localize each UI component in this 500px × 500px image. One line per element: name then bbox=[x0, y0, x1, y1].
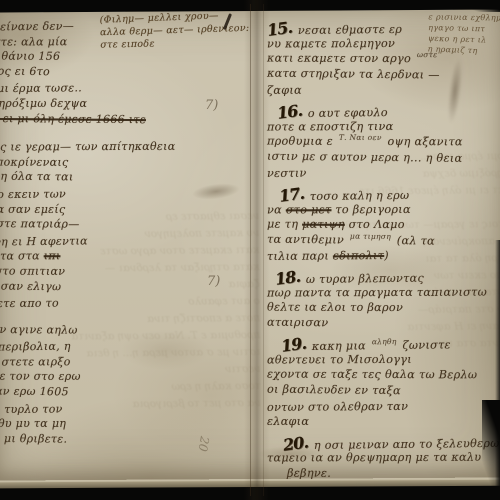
section-number: 17. bbox=[278, 186, 305, 204]
manuscript-line: 17.τοσο καλη η ερω bbox=[279, 185, 500, 203]
manuscript-line: νεστιν bbox=[267, 164, 500, 181]
right-page-margin-note: ε ρισινια εχθλημαηγαγο τω ιπτψεκο η ρετ … bbox=[427, 12, 500, 58]
photo-corner-shadow bbox=[454, 0, 500, 12]
struck-out-words: ματιψη bbox=[302, 218, 345, 231]
struck-out-words: εδιπολιτ bbox=[333, 249, 384, 262]
manuscript-line: αταιρισαν bbox=[267, 314, 500, 332]
manuscript-line: η στο σπιτιαν bbox=[0, 263, 270, 280]
margin-flourish-mark: 7) bbox=[205, 98, 218, 113]
manuscript-line: ποτε α εποστιζη τινα bbox=[267, 118, 500, 135]
section-number: 19. bbox=[280, 336, 307, 354]
manuscript-line: 19.κακη μια αληθη ζωνιστε bbox=[281, 335, 500, 353]
struck-out-words: ιπι bbox=[44, 250, 61, 263]
manuscript-line: να στο μετ το βεριγορια bbox=[267, 201, 500, 218]
interlinear-insertion: αληθη bbox=[372, 337, 397, 346]
struck-out-words: στο μετ bbox=[286, 203, 332, 216]
section-number: 16. bbox=[276, 103, 303, 121]
right-page-text-block: 15.νεσαι εθμαστε ερνυ καμετε πολεμηγονκα… bbox=[267, 15, 500, 482]
manuscript-line: πωρ παντα τα πραγματα ταπιανιστω bbox=[267, 284, 500, 301]
manuscript-line: απο εκειν των bbox=[0, 185, 270, 203]
manuscript-line: προθυμια ε Τ. Ναι οεν οψη αξανιτα bbox=[267, 134, 500, 151]
manuscript-line: ετ εμείνανε δεν— bbox=[0, 16, 270, 35]
section-number: 15. bbox=[266, 20, 293, 38]
manuscript-line: σομ θυ μυ τα μη bbox=[0, 416, 270, 432]
manuscript-line: οι βασιλευδεν εν ταξα bbox=[267, 382, 500, 400]
manuscript-line: σον στετε αιρξο bbox=[0, 353, 270, 370]
interlinear-insertion: Τ. Ναι οεν bbox=[339, 133, 382, 142]
manuscript-line: αθεντευει το Μισολογγι bbox=[267, 351, 500, 368]
manuscript-line: ζαφια bbox=[267, 81, 500, 98]
manuscript-line: 16.ο αυτ εφαυλο bbox=[277, 102, 500, 120]
manuscript-line bbox=[0, 311, 270, 323]
manuscript-line: θελτε ια ελοι το βαρον bbox=[267, 300, 500, 317]
manuscript-line: νετε απο το bbox=[0, 294, 270, 312]
manuscript-line: ετις θάνιο 156 bbox=[0, 49, 270, 66]
struck-out-words: τετ ει μι όλη έμεσε 1666 ιτε bbox=[0, 111, 146, 125]
faint-page-number: 20 bbox=[195, 435, 211, 452]
left-page-text-block: ετ εμείνανε δεν—νοι ττε: αλα μίαετις θάν… bbox=[0, 18, 270, 447]
manuscript-line: τιλια παρι εδιπολιτ) bbox=[267, 247, 500, 264]
manuscript-line: ταμειο ια αν θρεψημαρη με τα καλυ bbox=[267, 450, 500, 467]
manuscript-line: γεντα στα ιπι bbox=[0, 248, 270, 265]
manuscript-line: 18.ω τυραν βλεπωντας bbox=[275, 268, 500, 286]
manuscript-line: ερμι έρμα τωσε.. bbox=[0, 79, 270, 97]
manuscript-line: ελαφια bbox=[267, 414, 500, 430]
manuscript-photo: νεσαι εθμαστε ερνυ καμετε πολεμηγονκατι … bbox=[0, 0, 500, 500]
manuscript-line: οντων στο ολεθραν ταν bbox=[267, 398, 500, 415]
manuscript-line: ετοις ιε γεραμ— των απίτηκαθεια bbox=[0, 139, 270, 156]
margin-flourish-mark: 7) bbox=[207, 274, 220, 289]
section-number: 18. bbox=[274, 269, 301, 287]
manuscript-line: ω το τυρλο τον bbox=[0, 400, 270, 418]
manuscript-line: τηρόξιμω δεχψα bbox=[0, 96, 270, 112]
manuscript-line: βεβηνε. bbox=[287, 466, 500, 482]
photo-edge-shadow bbox=[495, 240, 500, 500]
manuscript-line: με τη ματιψη στο Λαμο bbox=[267, 217, 500, 234]
manuscript-line: νοι ττε: αλα μία bbox=[0, 33, 270, 50]
interlinear-insertion: μα τιμηση bbox=[350, 231, 391, 240]
manuscript-line: λυτα σαν εμείς bbox=[0, 202, 270, 218]
manuscript-line: τα μι θριβετε. bbox=[0, 431, 270, 449]
